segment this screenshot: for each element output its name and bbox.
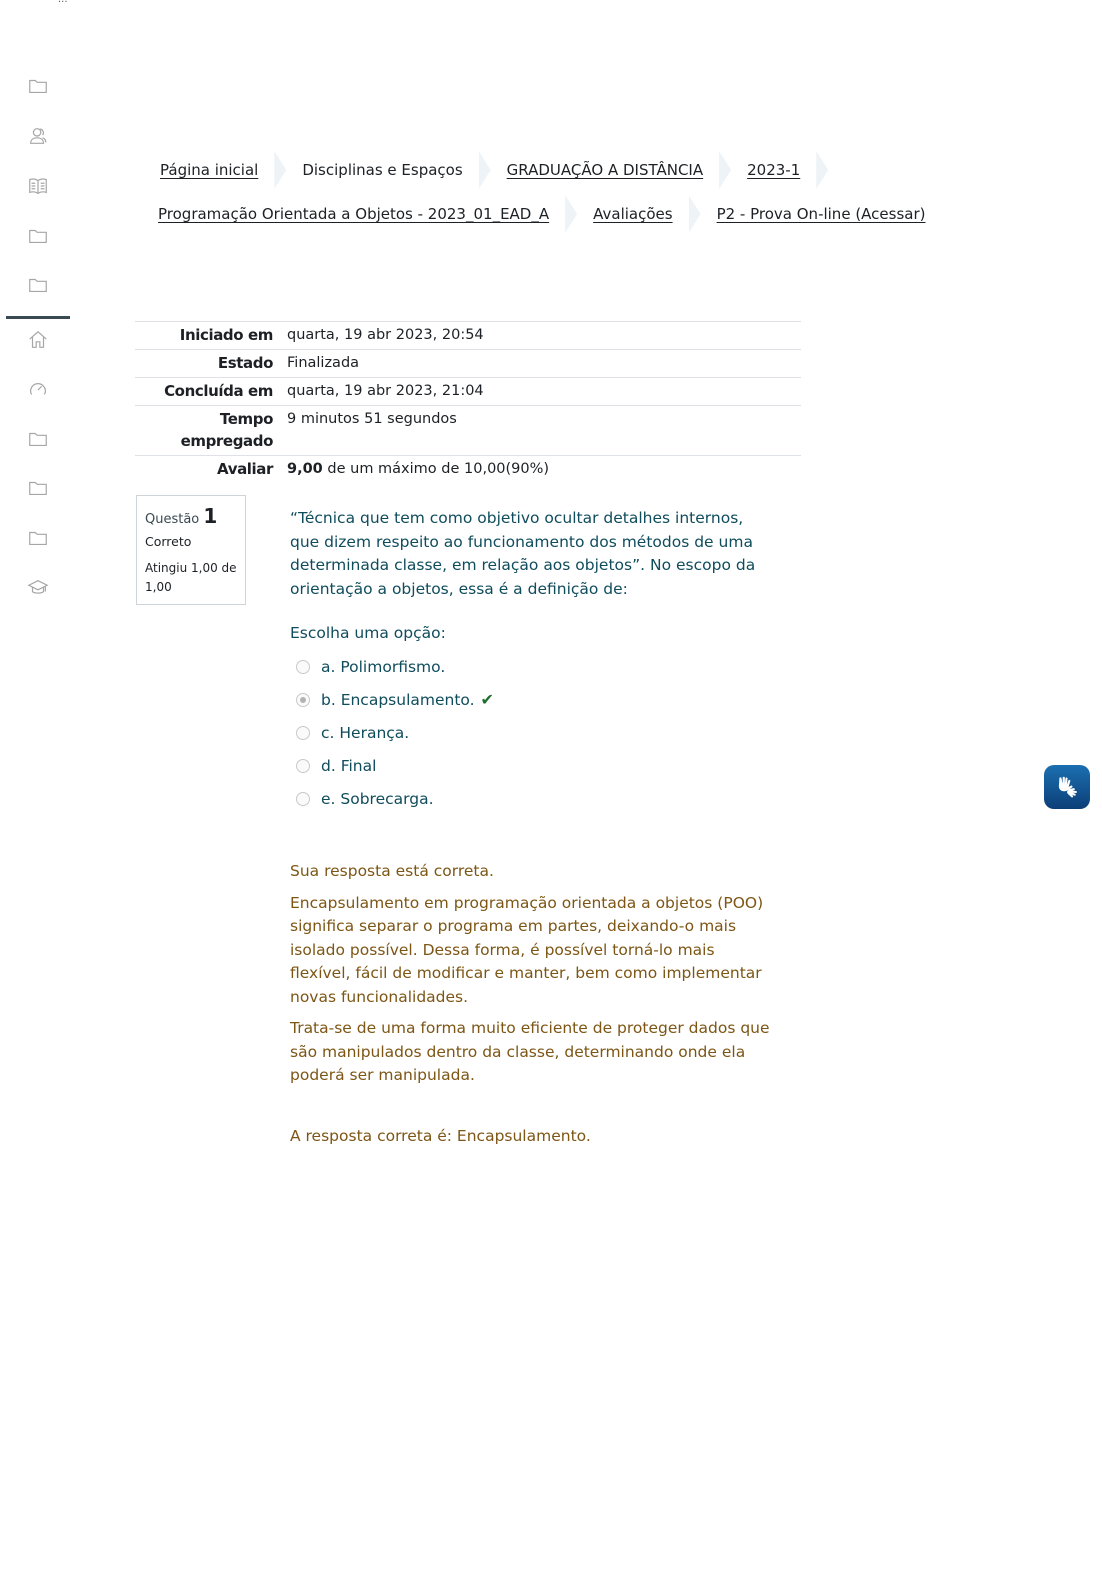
feedback-paragraph: Encapsulamento em programação orientada … [290,892,775,1010]
question-number: Questão 1 [145,504,237,528]
users-icon[interactable] [26,124,50,148]
breadcrumb: Página inicial Disciplinas e Espaços GRA… [150,150,1050,238]
option-label: a. Polimorfismo. [321,658,445,676]
breadcrumb-row-1: Página inicial Disciplinas e Espaços GRA… [150,150,1050,190]
question-number-prefix: Questão [145,512,199,527]
breadcrumb-separator [689,195,701,233]
summary-row-completed: Concluída em quarta, 19 abr 2023, 21:04 [135,378,801,406]
answer-options: a. Polimorfismo. b. Encapsulamento. ✔ c.… [296,650,494,815]
option-label: e. Sobrecarga. [321,790,434,808]
option-a[interactable]: a. Polimorfismo. [296,650,494,683]
dashboard-icon[interactable] [26,377,50,401]
breadcrumb-disciplinas: Disciplinas e Espaços [292,161,472,179]
breadcrumb-separator [274,151,286,189]
sidebar-divider [6,316,70,319]
breadcrumb-graduacao-link[interactable]: GRADUAÇÃO A DISTÂNCIA [497,161,713,179]
summary-label: Tempo empregado [135,408,287,452]
sidebar [0,0,76,1590]
folder-icon[interactable] [26,273,50,297]
summary-row-state: Estado Finalizada [135,350,801,378]
breadcrumb-separator [719,151,731,189]
book-icon[interactable] [26,174,50,198]
question-text: “Técnica que tem como objetivo ocultar d… [290,507,775,601]
grade-rest: de um máximo de 10,00(90%) [323,461,549,477]
summary-label: Estado [135,352,287,374]
summary-label: Avaliar [135,458,287,480]
feedback-status: Sua resposta está correta. [290,860,775,884]
breadcrumb-semester-link[interactable]: 2023-1 [737,161,810,179]
question-grade: Atingiu 1,00 de 1,00 [145,559,237,597]
breadcrumb-row-2: Programação Orientada a Objetos - 2023_0… [150,194,1050,234]
breadcrumb-home-link[interactable]: Página inicial [150,161,268,179]
question-state: Correto [145,534,237,549]
answer-prompt: Escolha uma opção: [290,624,446,642]
breadcrumb-separator [479,151,491,189]
sign-language-icon [1054,774,1080,800]
breadcrumb-exam-link[interactable]: P2 - Prova On-line (Acessar) [707,205,936,223]
feedback-paragraph: Trata-se de uma forma muito eficiente de… [290,1017,775,1088]
summary-row-started: Iniciado em quarta, 19 abr 2023, 20:54 [135,322,801,350]
home-icon[interactable] [26,328,50,352]
option-d[interactable]: d. Final [296,749,494,782]
summary-label: Iniciado em [135,324,287,346]
option-label: b. Encapsulamento. [321,691,475,709]
question-number-value: 1 [203,504,217,528]
option-c[interactable]: c. Herança. [296,716,494,749]
attempt-summary-table: Iniciado em quarta, 19 abr 2023, 20:54 E… [135,321,801,483]
option-radio[interactable] [296,660,310,674]
option-radio[interactable] [296,726,310,740]
folder-icon[interactable] [26,526,50,550]
right-answer: A resposta correta é: Encapsulamento. [290,1127,591,1145]
summary-label: Concluída em [135,380,287,402]
option-label: c. Herança. [321,724,409,742]
feedback: Sua resposta está correta. Encapsulament… [290,860,775,1096]
option-e[interactable]: e. Sobrecarga. [296,782,494,815]
option-b[interactable]: b. Encapsulamento. ✔ [296,683,494,716]
check-icon: ✔ [481,690,494,709]
option-radio[interactable] [296,759,310,773]
summary-value: 9 minutos 51 segundos [287,408,801,452]
option-radio-selected[interactable] [296,693,310,707]
option-radio[interactable] [296,792,310,806]
grade-score: 9,00 [287,461,323,477]
summary-value: Finalizada [287,352,801,374]
breadcrumb-avaliacoes-link[interactable]: Avaliações [583,205,682,223]
folder-icon[interactable] [26,427,50,451]
summary-value: 9,00 de um máximo de 10,00(90%) [287,458,801,480]
option-label: d. Final [321,757,376,775]
folder-icon[interactable] [26,74,50,98]
breadcrumb-separator [565,195,577,233]
summary-row-grade: Avaliar 9,00 de um máximo de 10,00(90%) [135,456,801,483]
summary-value: quarta, 19 abr 2023, 21:04 [287,380,801,402]
graduation-cap-icon[interactable] [26,576,50,600]
question-info-box: Questão 1 Correto Atingiu 1,00 de 1,00 [136,495,246,605]
folder-icon[interactable] [26,224,50,248]
accessibility-button[interactable] [1044,765,1090,809]
breadcrumb-course-link[interactable]: Programação Orientada a Objetos - 2023_0… [150,205,559,223]
breadcrumb-separator [816,151,828,189]
summary-value: quarta, 19 abr 2023, 20:54 [287,324,801,346]
folder-icon[interactable] [26,476,50,500]
summary-row-time: Tempo empregado 9 minutos 51 segundos [135,406,801,456]
